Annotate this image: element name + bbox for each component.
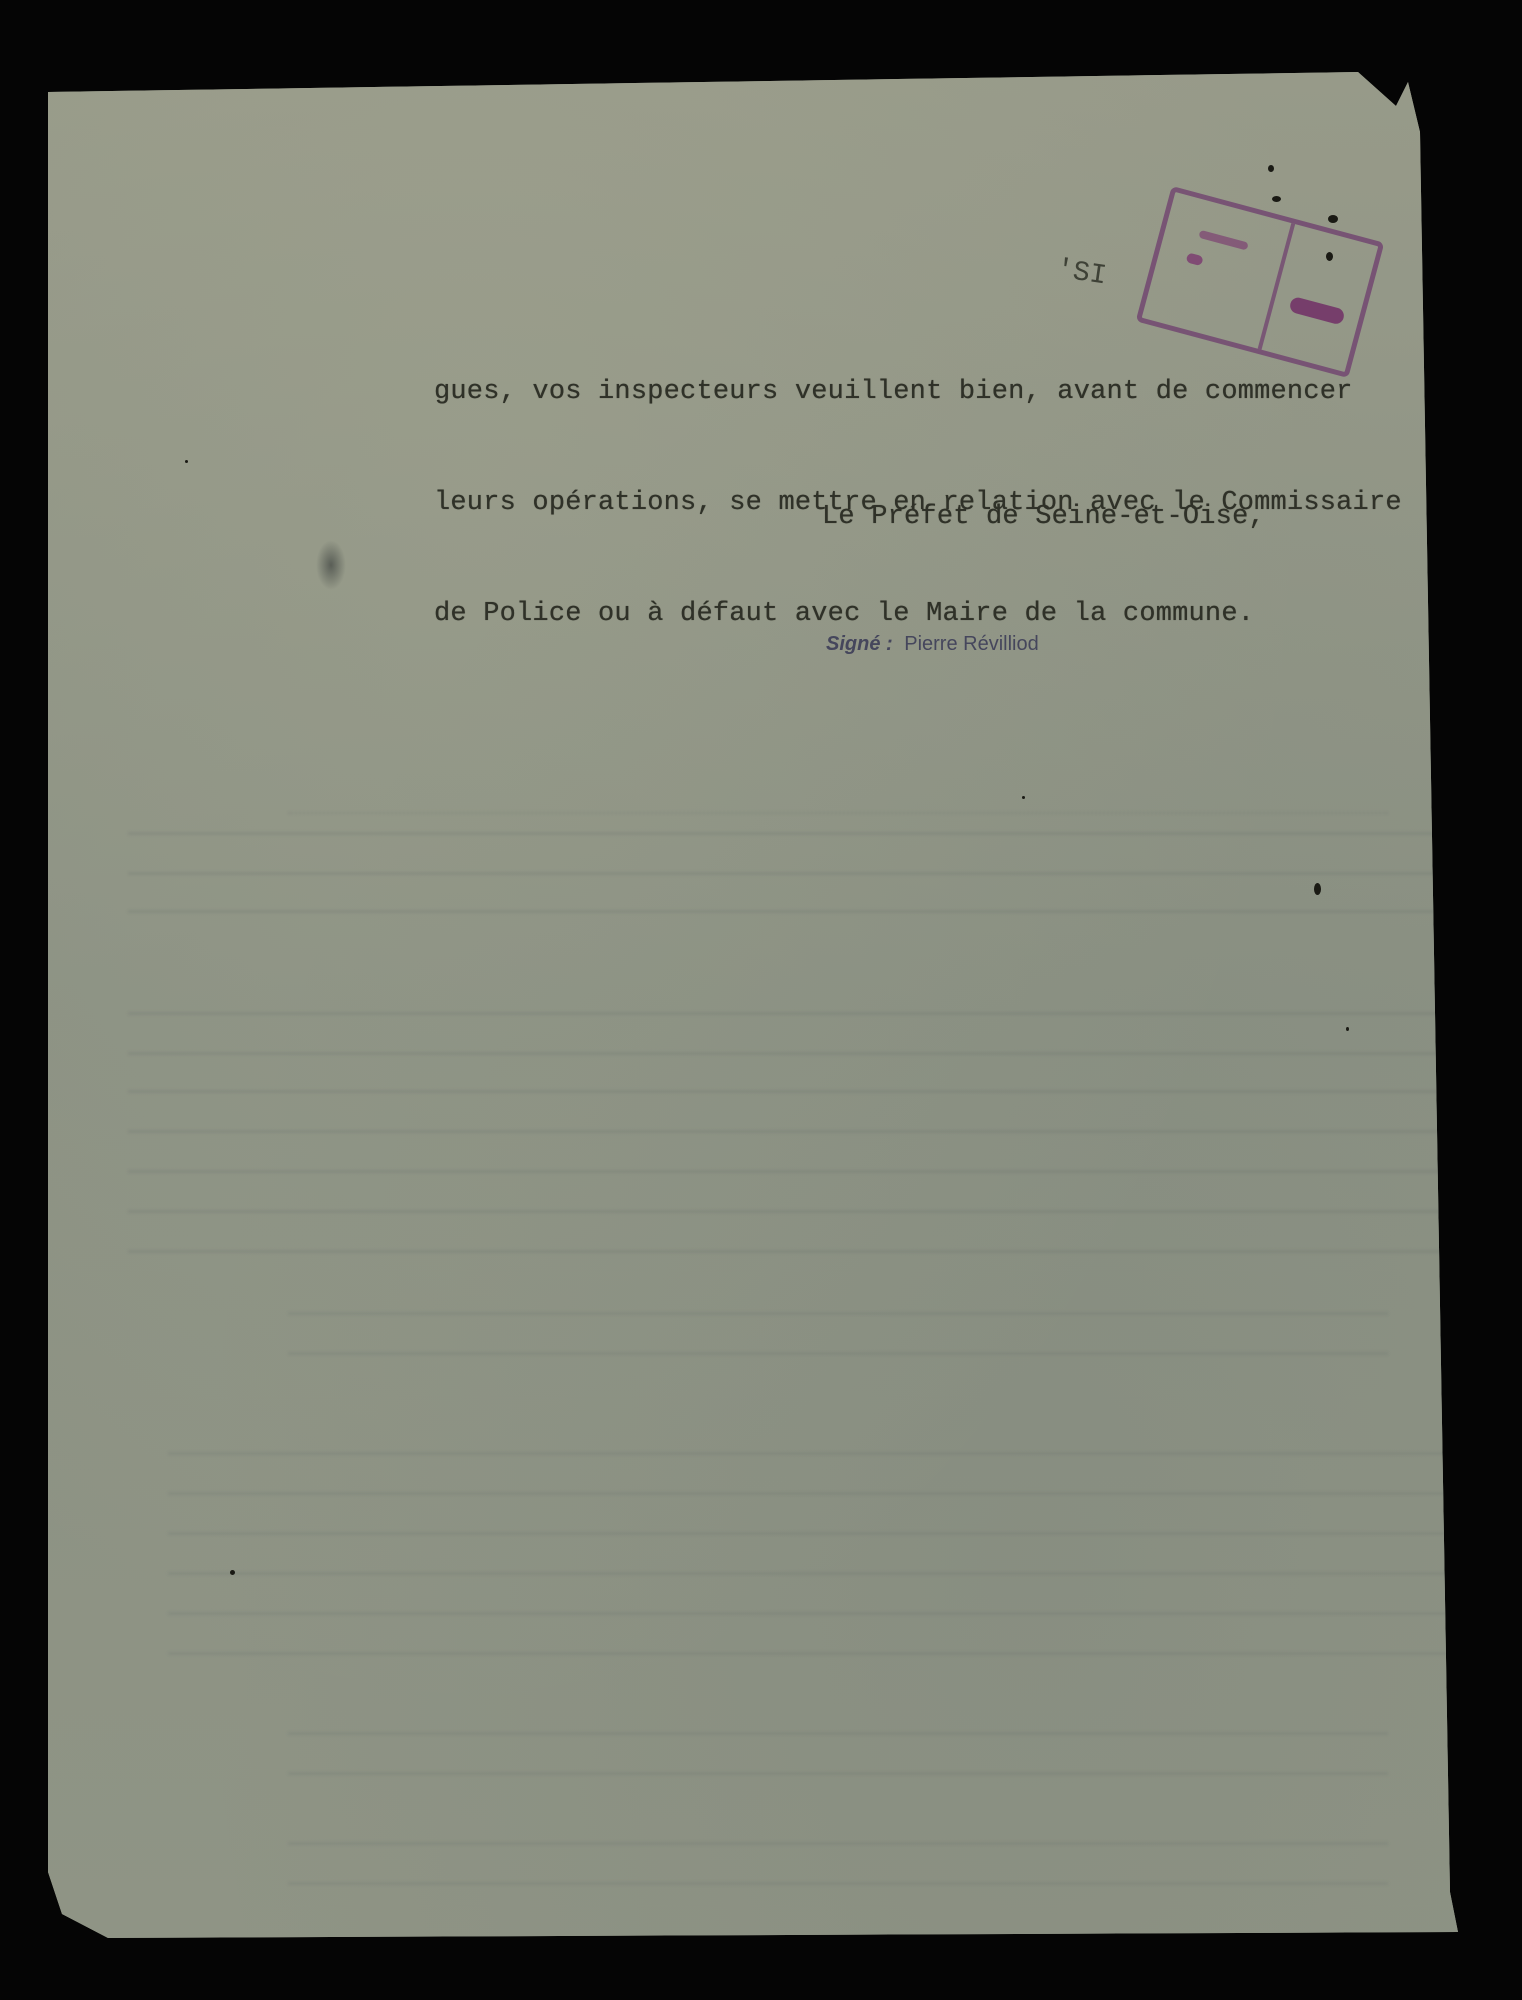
body-line: de Police ou à défaut avec le Maire de l… [434,596,1402,633]
ink-speck [1268,165,1274,172]
ink-smudge [316,540,346,590]
ink-speck [1326,252,1333,261]
ink-speck [1272,196,1281,202]
signature-label: Signé : [826,633,893,655]
stamp-blot [1198,230,1248,251]
signatory-name: Pierre Révilliod [904,633,1039,655]
ink-speck [1314,883,1321,895]
ink-speck [1022,796,1025,799]
body-line: gues, vos inspecteurs veuillent bien, av… [434,374,1402,411]
stamp-blot [1186,252,1204,266]
closing-title: Le Préfet de Seine-et-Oise, [822,502,1265,532]
ink-speck [1346,1027,1349,1031]
scan-background: 'SI gues, vos inspecteurs veuillent bien… [0,0,1522,2000]
ink-speck [1328,215,1338,223]
ink-speck [230,1570,235,1575]
ink-speck [185,460,188,463]
signature-stamp: Signé : Pierre Révilliod [826,633,1039,656]
